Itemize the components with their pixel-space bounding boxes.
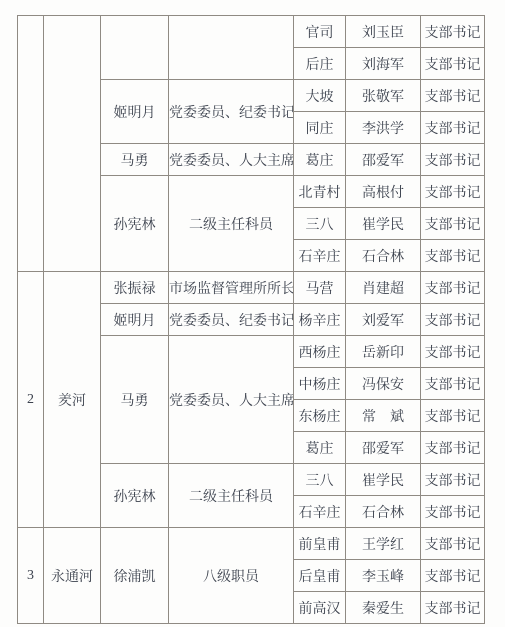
village-cell: 马营 xyxy=(294,272,346,304)
position-cell: 党委委员、纪委书记 xyxy=(169,304,294,336)
leader-cell: 徐浦凯 xyxy=(101,528,169,624)
role-cell: 支部书记 xyxy=(421,464,485,496)
table-row: 3 永通河 徐浦凯 八级职员 前皇甫 王学红 支部书记 xyxy=(18,528,485,560)
village-cell: 石辛庄 xyxy=(294,240,346,272)
village-cell: 同庄 xyxy=(294,112,346,144)
secretary-cell: 刘玉臣 xyxy=(346,16,421,48)
village-cell: 三八 xyxy=(294,464,346,496)
scanned-page: 官司 刘玉臣 支部书记 后庄 刘海军 支部书记 姬明月 党委委员、纪委书记 大坡… xyxy=(0,0,505,627)
village-cell: 东杨庄 xyxy=(294,400,346,432)
position-cell: 二级主任科员 xyxy=(169,176,294,272)
secretary-cell: 崔学民 xyxy=(346,208,421,240)
secretary-cell: 刘爱军 xyxy=(346,304,421,336)
village-cell: 中杨庄 xyxy=(294,368,346,400)
secretary-cell: 李玉峰 xyxy=(346,560,421,592)
role-cell: 支部书记 xyxy=(421,432,485,464)
secretary-cell: 张敬军 xyxy=(346,80,421,112)
secretary-cell: 秦爱生 xyxy=(346,592,421,624)
leader-cell: 马勇 xyxy=(101,336,169,464)
role-cell: 支部书记 xyxy=(421,368,485,400)
leader-cell: 姬明月 xyxy=(101,304,169,336)
secretary-cell: 石合林 xyxy=(346,240,421,272)
role-cell: 支部书记 xyxy=(421,400,485,432)
secretary-cell: 常 斌 xyxy=(346,400,421,432)
secretary-cell: 高根付 xyxy=(346,176,421,208)
village-cell: 杨辛庄 xyxy=(294,304,346,336)
river-cell xyxy=(44,16,101,272)
position-cell: 党委委员、人大主席 xyxy=(169,144,294,176)
position-cell: 党委委员、纪委书记 xyxy=(169,80,294,144)
leader-cell: 张振禄 xyxy=(101,272,169,304)
secretary-cell: 李洪学 xyxy=(346,112,421,144)
role-cell: 支部书记 xyxy=(421,272,485,304)
village-cell: 官司 xyxy=(294,16,346,48)
secretary-cell: 石合林 xyxy=(346,496,421,528)
secretary-cell: 邵爱军 xyxy=(346,432,421,464)
role-cell: 支部书记 xyxy=(421,592,485,624)
serial-cell: 2 xyxy=(18,272,44,528)
river-cell: 永通河 xyxy=(44,528,101,624)
village-cell: 后皇甫 xyxy=(294,560,346,592)
role-cell: 支部书记 xyxy=(421,16,485,48)
serial-cell: 3 xyxy=(18,528,44,624)
role-cell: 支部书记 xyxy=(421,112,485,144)
river-cell: 羑河 xyxy=(44,272,101,528)
secretary-cell: 岳新印 xyxy=(346,336,421,368)
village-cell: 前高汉 xyxy=(294,592,346,624)
leader-cell: 孙宪林 xyxy=(101,176,169,272)
secretary-cell: 王学红 xyxy=(346,528,421,560)
leader-cell: 孙宪林 xyxy=(101,464,169,528)
village-cell: 后庄 xyxy=(294,48,346,80)
role-cell: 支部书记 xyxy=(421,304,485,336)
role-cell: 支部书记 xyxy=(421,80,485,112)
position-cell xyxy=(169,16,294,80)
position-cell: 八级职员 xyxy=(169,528,294,624)
role-cell: 支部书记 xyxy=(421,560,485,592)
table-row: 2 羑河 张振禄 市场监督管理所所长 马营 肖建超 支部书记 xyxy=(18,272,485,304)
role-cell: 支部书记 xyxy=(421,176,485,208)
leader-cell: 姬明月 xyxy=(101,80,169,144)
role-cell: 支部书记 xyxy=(421,144,485,176)
leader-cell xyxy=(101,16,169,80)
position-cell: 市场监督管理所所长 xyxy=(169,272,294,304)
secretary-cell: 肖建超 xyxy=(346,272,421,304)
village-cell: 西杨庄 xyxy=(294,336,346,368)
table-row: 官司 刘玉臣 支部书记 xyxy=(18,16,485,48)
secretary-cell: 崔学民 xyxy=(346,464,421,496)
village-cell: 葛庄 xyxy=(294,144,346,176)
secretary-cell: 冯保安 xyxy=(346,368,421,400)
village-cell: 三八 xyxy=(294,208,346,240)
role-cell: 支部书记 xyxy=(421,336,485,368)
village-cell: 石辛庄 xyxy=(294,496,346,528)
position-cell: 党委委员、人大主席 xyxy=(169,336,294,464)
role-cell: 支部书记 xyxy=(421,496,485,528)
river-chief-table: 官司 刘玉臣 支部书记 后庄 刘海军 支部书记 姬明月 党委委员、纪委书记 大坡… xyxy=(17,15,485,624)
village-cell: 葛庄 xyxy=(294,432,346,464)
village-cell: 北青村 xyxy=(294,176,346,208)
secretary-cell: 邵爱军 xyxy=(346,144,421,176)
role-cell: 支部书记 xyxy=(421,208,485,240)
village-cell: 大坡 xyxy=(294,80,346,112)
serial-cell xyxy=(18,16,44,272)
position-cell: 二级主任科员 xyxy=(169,464,294,528)
leader-cell: 马勇 xyxy=(101,144,169,176)
role-cell: 支部书记 xyxy=(421,528,485,560)
role-cell: 支部书记 xyxy=(421,240,485,272)
village-cell: 前皇甫 xyxy=(294,528,346,560)
role-cell: 支部书记 xyxy=(421,48,485,80)
secretary-cell: 刘海军 xyxy=(346,48,421,80)
